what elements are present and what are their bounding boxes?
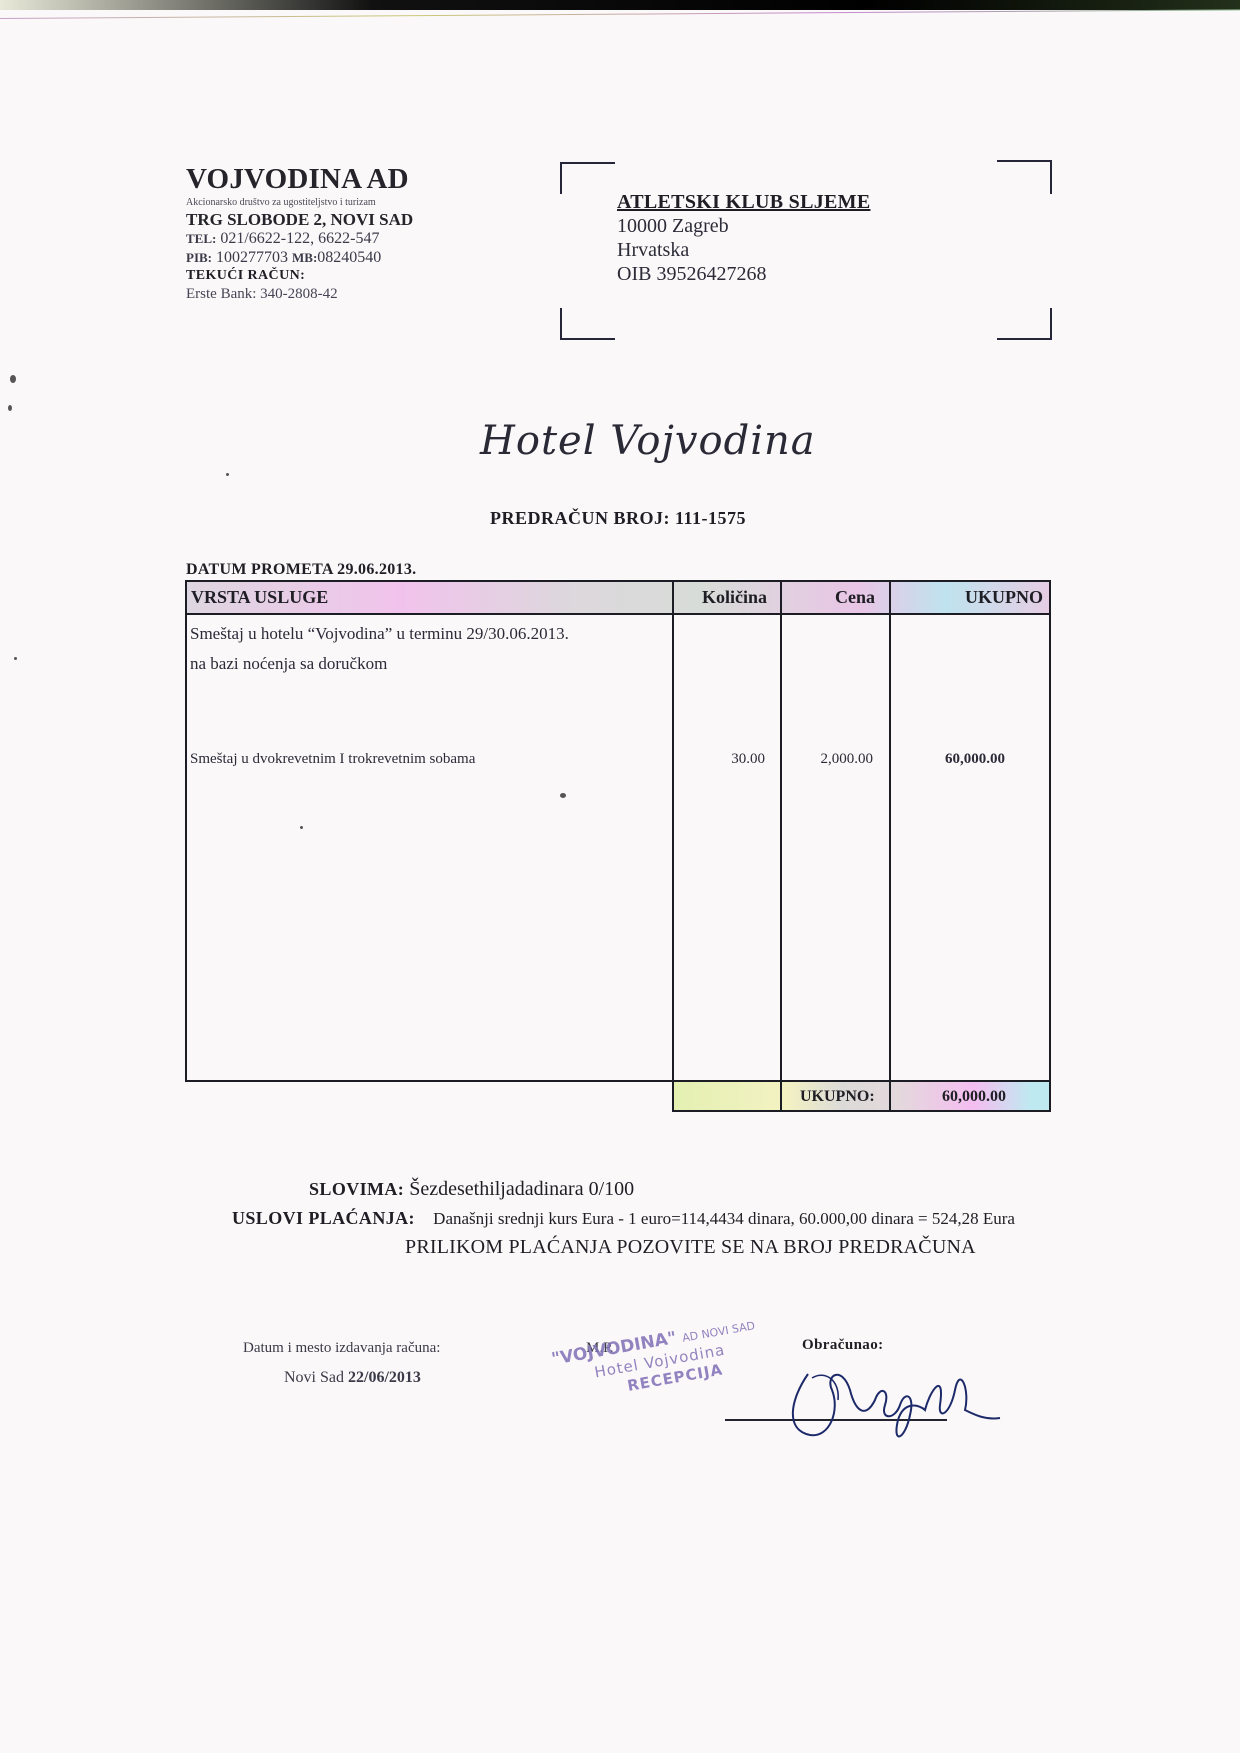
header-description: VRSTA USLUGE bbox=[191, 582, 328, 613]
payment-terms-value: Današnji srednji kurs Eura - 1 euro=114,… bbox=[433, 1209, 1015, 1228]
sender-address: TRG SLOBODE 2, NOVI SAD bbox=[186, 211, 413, 228]
sender-block: VOJVODINA AD Akcionarsko društvo za ugos… bbox=[186, 165, 413, 302]
amount-in-words: SLOVIMA: Šezdesethiljadadinara 0/100 bbox=[309, 1178, 634, 1201]
sender-tel: TEL: 021/6622-122, 6622-547 bbox=[186, 231, 413, 247]
address-corner-bottom-left bbox=[560, 308, 615, 340]
issue-place: Novi Sad bbox=[284, 1369, 344, 1386]
recipient-block: ATLETSKI KLUB SLJEME 10000 Zagreb Hrvats… bbox=[617, 190, 870, 286]
sender-subtitle: Akcionarsko društvo za ugostiteljstvo i … bbox=[186, 198, 413, 208]
address-corner-bottom-right bbox=[997, 308, 1052, 340]
tel-value: 021/6622-122, 6622-547 bbox=[220, 230, 379, 247]
pib-label: PIB: bbox=[186, 250, 212, 265]
intro-line: Smeštaj u hotelu “Vojvodina” u terminu 2… bbox=[190, 624, 569, 644]
recipient-city: 10000 Zagreb bbox=[617, 214, 870, 238]
issue-label: Datum i mesto izdavanja računa: bbox=[243, 1340, 440, 1357]
amount-words-label: SLOVIMA: bbox=[309, 1179, 404, 1199]
company-stamp: "VOJVODINA" AD NOVI SAD Hotel Vojvodina … bbox=[550, 1314, 763, 1408]
total-row: UKUPNO: 60,000.00 bbox=[672, 1080, 1051, 1112]
scan-speck bbox=[14, 657, 17, 660]
recipient-name: ATLETSKI KLUB SLJEME bbox=[617, 190, 870, 214]
bank-account: Erste Bank: 340-2808-42 bbox=[186, 287, 413, 302]
column-divider bbox=[672, 582, 674, 1080]
address-corner-top-right bbox=[997, 160, 1052, 194]
scan-speck bbox=[226, 473, 229, 476]
handwritten-signature bbox=[780, 1360, 1010, 1450]
amount-words-value: Šezdesethiljadadinara 0/100 bbox=[409, 1178, 634, 1200]
scan-edge bbox=[0, 0, 1240, 10]
recipient-country: Hrvatska bbox=[617, 238, 870, 262]
tel-label: TEL: bbox=[186, 231, 216, 246]
transaction-date: DATUM PROMETA 29.06.2013. bbox=[186, 561, 416, 579]
sender-company: VOJVODINA AD bbox=[186, 165, 413, 194]
payment-notice: PRILIKOM PLAĆANJA POZOVITE SE NA BROJ PR… bbox=[405, 1236, 976, 1259]
column-divider bbox=[889, 1082, 891, 1110]
scan-speck bbox=[10, 375, 16, 383]
total-label: UKUPNO: bbox=[800, 1082, 875, 1110]
column-divider bbox=[780, 1082, 782, 1110]
payment-terms-label: USLOVI PLAĆANJA: bbox=[232, 1208, 415, 1228]
prepared-by-label: Obračunao: bbox=[802, 1337, 884, 1354]
total-value: 60,000.00 bbox=[894, 1082, 1006, 1110]
mb-label: MB: bbox=[292, 250, 317, 265]
row-total: 60,000.00 bbox=[893, 751, 1005, 768]
intro-line: na bazi noćenja sa doručkom bbox=[190, 654, 387, 674]
column-divider bbox=[780, 582, 782, 1080]
payment-terms: USLOVI PLAĆANJA: Današnji srednji kurs E… bbox=[232, 1208, 1015, 1229]
scan-speck bbox=[560, 793, 566, 798]
sender-ids: PIB: 100277703 MB:08240540 bbox=[186, 250, 413, 266]
account-label: TEKUĆI RAČUN: bbox=[186, 269, 413, 283]
scan-speck bbox=[300, 826, 303, 829]
address-corner-top-left bbox=[560, 162, 615, 194]
scan-artifact-line bbox=[0, 9, 1240, 19]
hotel-logo: Hotel Vojvodina bbox=[480, 418, 816, 464]
recipient-oib: OIB 39526427268 bbox=[617, 262, 870, 286]
invoice-title: PREDRAČUN BROJ: 111-1575 bbox=[490, 508, 746, 529]
column-divider bbox=[889, 582, 891, 1080]
services-table: VRSTA USLUGE Količina Cena UKUPNO Smešta… bbox=[185, 580, 1051, 1082]
header-quantity: Količina bbox=[674, 582, 767, 613]
header-total: UKUPNO bbox=[893, 582, 1043, 613]
issue-date: 22/06/2013 bbox=[348, 1369, 421, 1386]
issue-place-date: Novi Sad 22/06/2013 bbox=[284, 1369, 421, 1387]
header-price: Cena bbox=[784, 582, 875, 613]
row-description: Smeštaj u dvokrevetnim I trokrevetnim so… bbox=[190, 751, 475, 768]
row-quantity: 30.00 bbox=[674, 751, 765, 768]
pib-value: 100277703 bbox=[216, 249, 288, 266]
mb-value: 08240540 bbox=[317, 249, 381, 266]
table-header: VRSTA USLUGE Količina Cena UKUPNO bbox=[187, 582, 1049, 615]
row-price: 2,000.00 bbox=[784, 751, 873, 768]
scan-speck bbox=[8, 405, 12, 411]
